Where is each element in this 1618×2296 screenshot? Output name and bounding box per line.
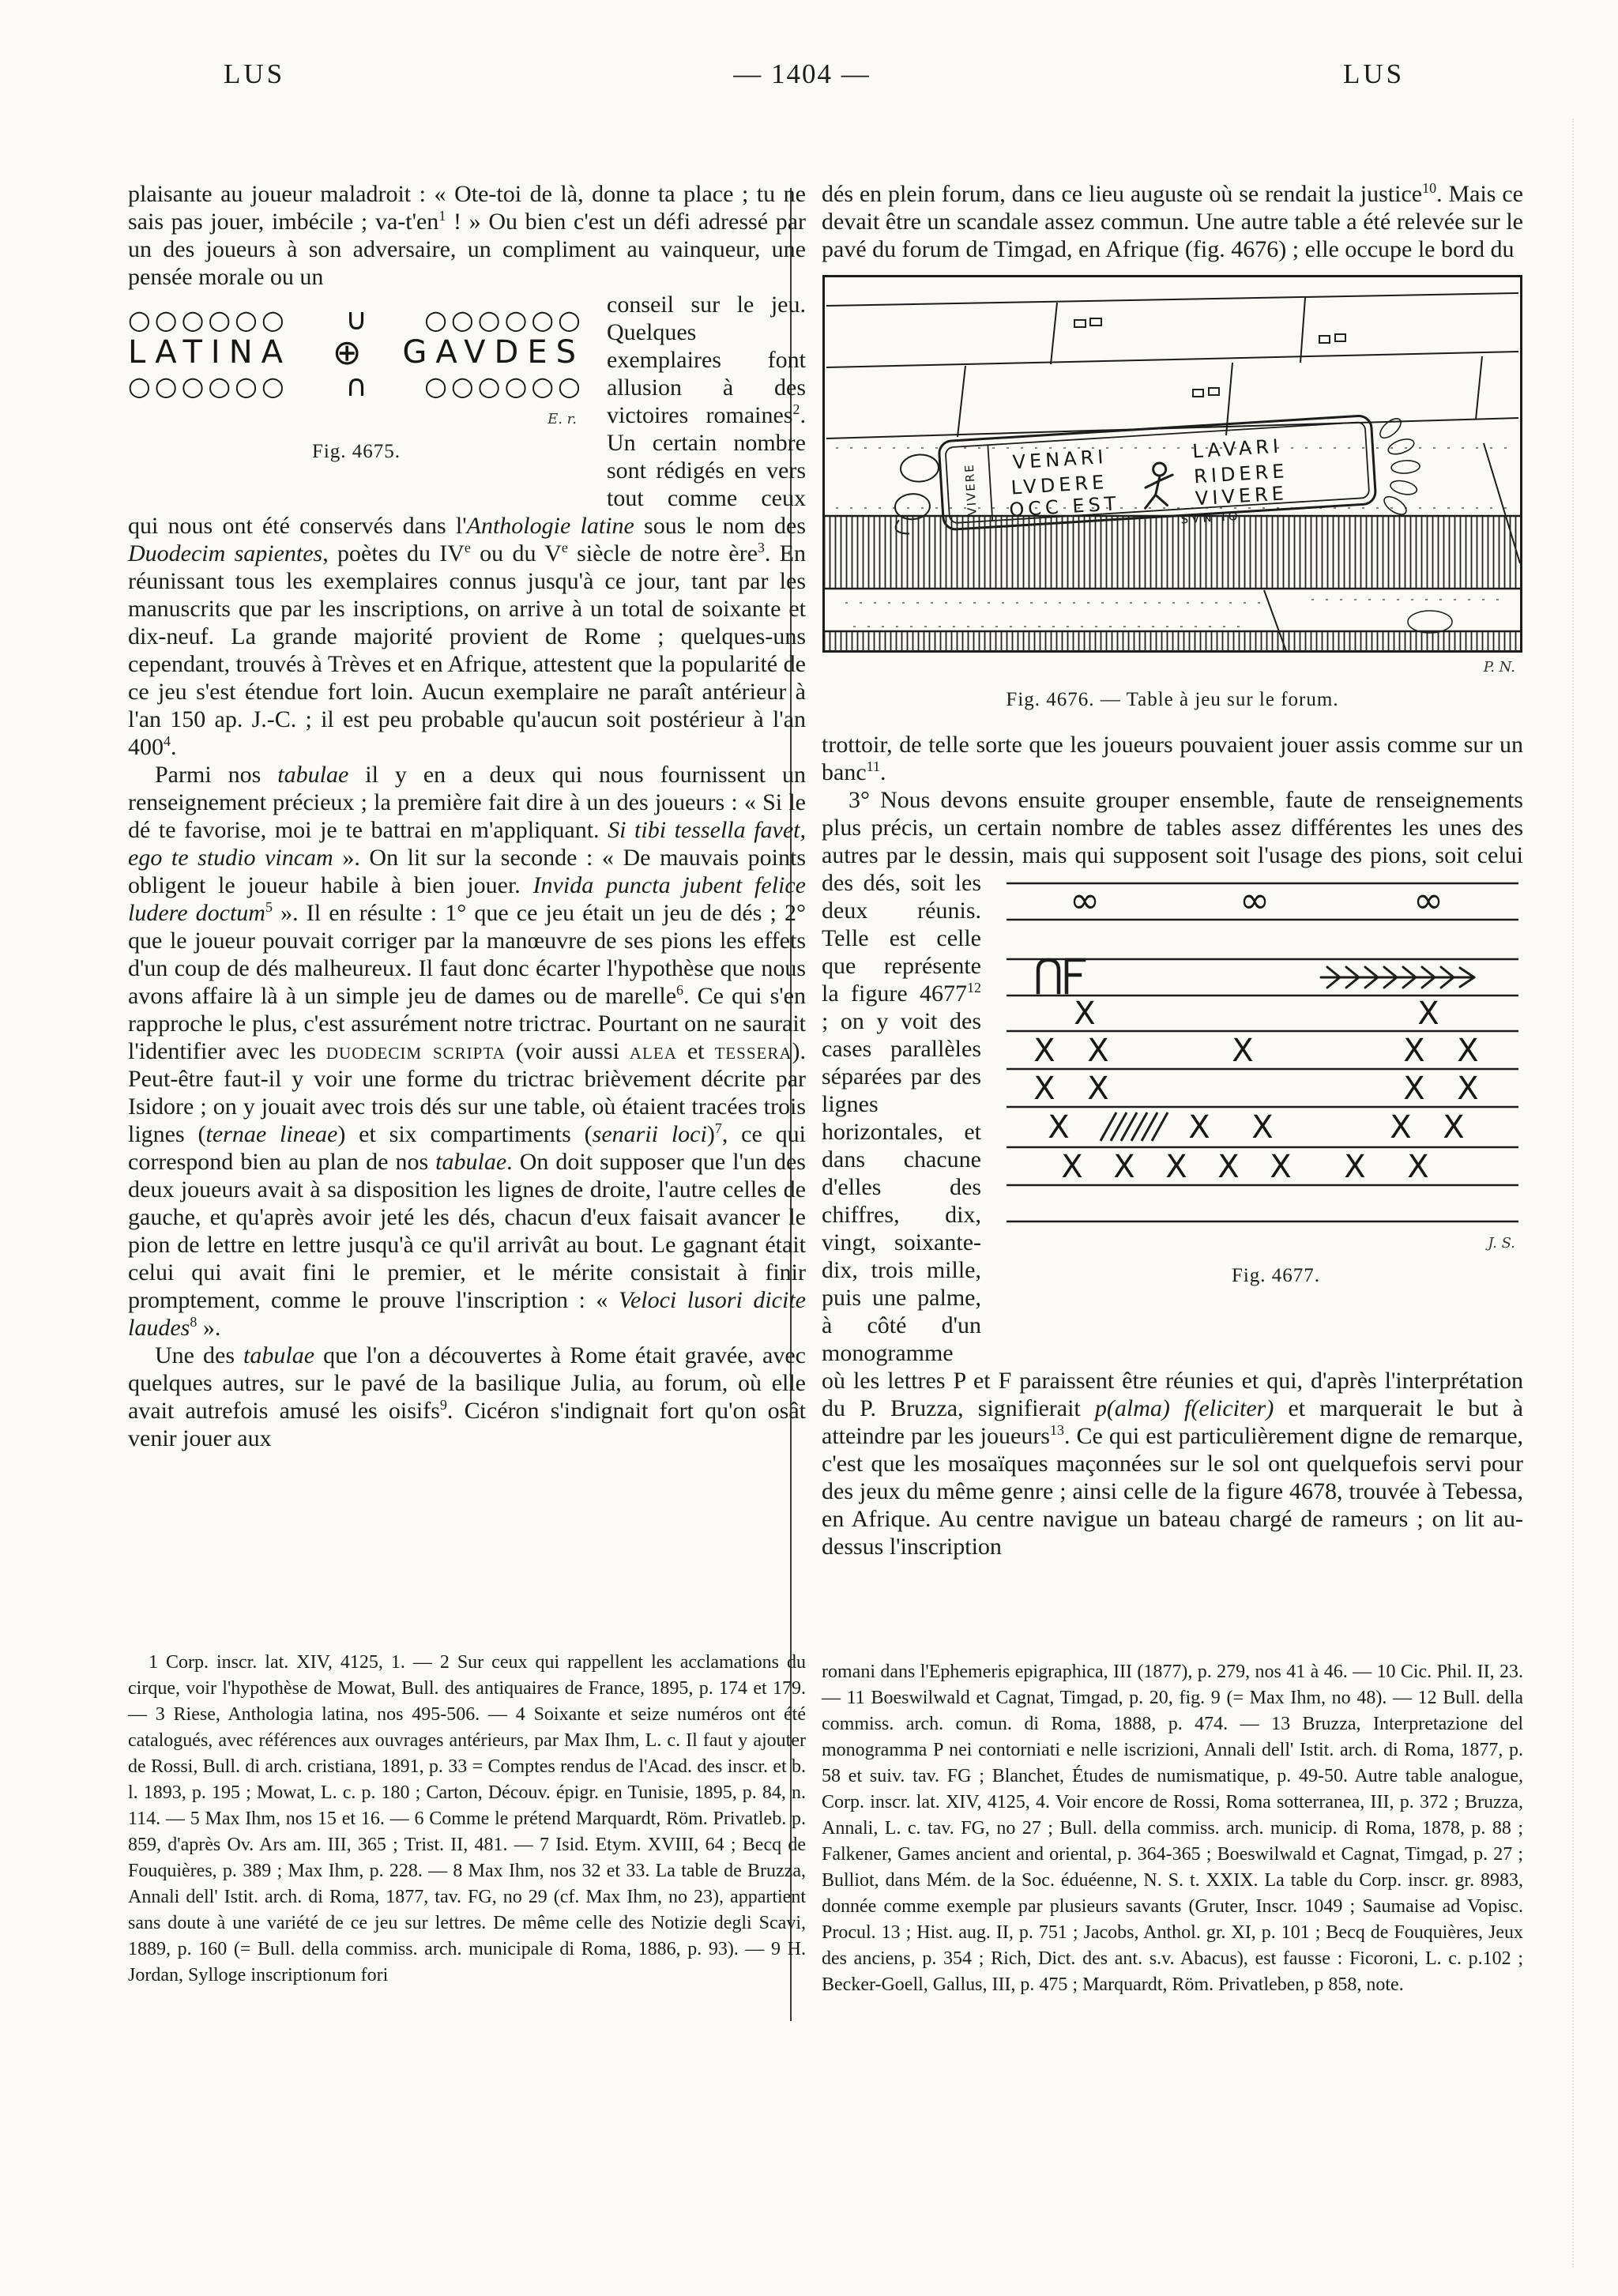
figure-border — [824, 277, 1522, 652]
figure-4676: VIVERE VENARI LAVARI LVDERE RIDERE OCC E… — [822, 274, 1523, 713]
x-mark: X — [1061, 1149, 1082, 1185]
text-run: trottoir, de telle sorte que les joueurs… — [822, 732, 1523, 785]
x-mark: X — [1217, 1149, 1239, 1185]
right-palmette-ornament — [1376, 414, 1423, 519]
left-scroll-ornament — [900, 454, 939, 483]
engraver-signature: P. N. — [822, 653, 1515, 681]
side-inscription: VIVERE — [962, 463, 980, 516]
engraver-signature: E. r. — [128, 405, 577, 433]
figure-4675: ○○○○○○ ∪ ○○○○○○ LATINA ⊕ GAVDES ○○○○○○ ∩… — [128, 300, 585, 492]
x-mark: X — [1344, 1149, 1365, 1185]
runner-figure-icon — [1142, 462, 1174, 508]
x-mark: X — [1457, 1033, 1478, 1069]
x-mark: X — [1188, 1109, 1210, 1146]
inscription-word: VENARI — [1012, 446, 1108, 473]
x-mark: X — [1251, 1109, 1273, 1146]
double-circle-sign: ∞ — [1413, 879, 1443, 921]
damaged-patch — [1408, 611, 1452, 633]
x-mark: X — [1232, 1033, 1253, 1069]
x-mark: X — [1403, 1033, 1424, 1069]
cross-circle-icon: ⊕ — [333, 339, 362, 367]
x-mark: X — [1270, 1149, 1291, 1185]
x-mark: X — [1048, 1109, 1069, 1146]
x-mark: X — [1407, 1149, 1428, 1185]
paragraph-continuation: trottoir, de telle sorte que les joueurs… — [822, 731, 1523, 786]
palm-branch-icon — [1321, 967, 1474, 988]
figure-4675-row-top: ○○○○○○ ∪ ○○○○○○ — [128, 306, 585, 333]
figure-whitespace — [1002, 1289, 1523, 1340]
running-head-left: LUS — [224, 58, 285, 90]
book-page-scan: LUS — 1404 — LUS plaisante au joueur mal… — [0, 0, 1618, 2296]
paragraph: Parmi nos tabulae il y en a deux qui nou… — [128, 761, 806, 1342]
figure-4676-caption: Fig. 4676. — Table à jeu sur le forum. — [822, 686, 1523, 713]
x-mark: X — [1390, 1109, 1411, 1146]
inscription-word: GAVDES — [402, 339, 585, 367]
x-mark: X — [1417, 996, 1439, 1032]
footnotes-right: romani dans l'Ephemeris epigraphica, III… — [822, 1659, 1523, 1998]
x-mark: X — [1165, 1149, 1187, 1185]
x-mark: X — [1443, 1109, 1464, 1146]
x-mark: X — [1457, 1071, 1478, 1107]
running-head-right: LUS — [1343, 58, 1405, 90]
double-circle-sign: ∞ — [1240, 879, 1270, 921]
paragraph-continuation: dés en plein forum, dans ce lieu auguste… — [822, 180, 1523, 263]
figure-4676-engraving: VIVERE VENARI LAVARI LVDERE RIDERE OCC E… — [822, 274, 1523, 653]
clamp-marks-icon — [1074, 318, 1345, 397]
hole-row: ○○○○○○ — [128, 372, 288, 400]
text-run: dés en plein forum, dans ce lieu auguste… — [822, 181, 1523, 262]
paragraph: 3° Nous devons ensuite grouper ensemble,… — [822, 786, 1523, 1560]
hole-row: ○○○○○○ — [128, 306, 288, 333]
x-mark: X — [1087, 1071, 1108, 1107]
inscription-word: LATINA — [128, 339, 292, 367]
footnotes-left: 1 Corp. inscr. lat. XIV, 4125, 1. — 2 Su… — [128, 1650, 806, 1989]
horizontal-rules — [1007, 883, 1518, 1221]
paragraph-continuation: plaisante au joueur maladroit : « Ote-to… — [128, 180, 806, 291]
left-column: plaisante au joueur maladroit : « Ote-to… — [128, 180, 806, 1452]
crescent-down-icon: ∩ — [345, 372, 367, 400]
figure-4675-row-middle: LATINA ⊕ GAVDES — [128, 339, 585, 367]
text-run: Parmi nos tabulae il y en a deux qui nou… — [128, 762, 806, 1341]
hole-row: ○○○○○○ — [424, 372, 585, 400]
x-mark: X — [1403, 1071, 1424, 1107]
figure-4677-diagram: ∞ ∞ ∞ X X X — [1002, 874, 1523, 1229]
engraver-signature: J. S. — [1002, 1229, 1515, 1257]
double-circle-sign: ∞ — [1070, 879, 1100, 921]
inscription-word: VIVERE — [1195, 482, 1288, 510]
inscription-word: LAVARI — [1192, 435, 1283, 462]
x-mark: X — [1087, 1033, 1108, 1069]
figure-4675-row-bottom: ○○○○○○ ∩ ○○○○○○ — [128, 372, 585, 400]
figure-4677-caption: Fig. 4677. — [1002, 1262, 1523, 1289]
x-mark: X — [1074, 996, 1095, 1032]
figure-4677: ∞ ∞ ∞ X X X — [1002, 874, 1523, 1340]
x-mark: X — [1113, 1149, 1134, 1185]
pf-monogram-icon — [1038, 960, 1084, 992]
text-run: Une des tabulae que l'on a découvertes à… — [128, 1342, 806, 1451]
page-number: — 1404 — — [733, 58, 871, 90]
text-run: plaisante au joueur maladroit : « Ote-to… — [128, 181, 806, 290]
scan-edge-artifact — [1572, 119, 1574, 2268]
crescent-up-icon: ∪ — [345, 306, 367, 333]
figure-4675-caption: Fig. 4675. — [128, 438, 585, 465]
x-mark: X — [1033, 1033, 1055, 1069]
right-column: dés en plein forum, dans ce lieu auguste… — [822, 180, 1523, 1560]
hole-row: ○○○○○○ — [424, 306, 585, 333]
paragraph: Une des tabulae que l'on a découvertes à… — [128, 1342, 806, 1452]
tally-marks-icon — [1101, 1112, 1168, 1141]
hatched-bottom-band — [825, 631, 1520, 651]
hatched-kerb-band — [825, 516, 1520, 589]
x-mark: X — [1033, 1071, 1055, 1107]
